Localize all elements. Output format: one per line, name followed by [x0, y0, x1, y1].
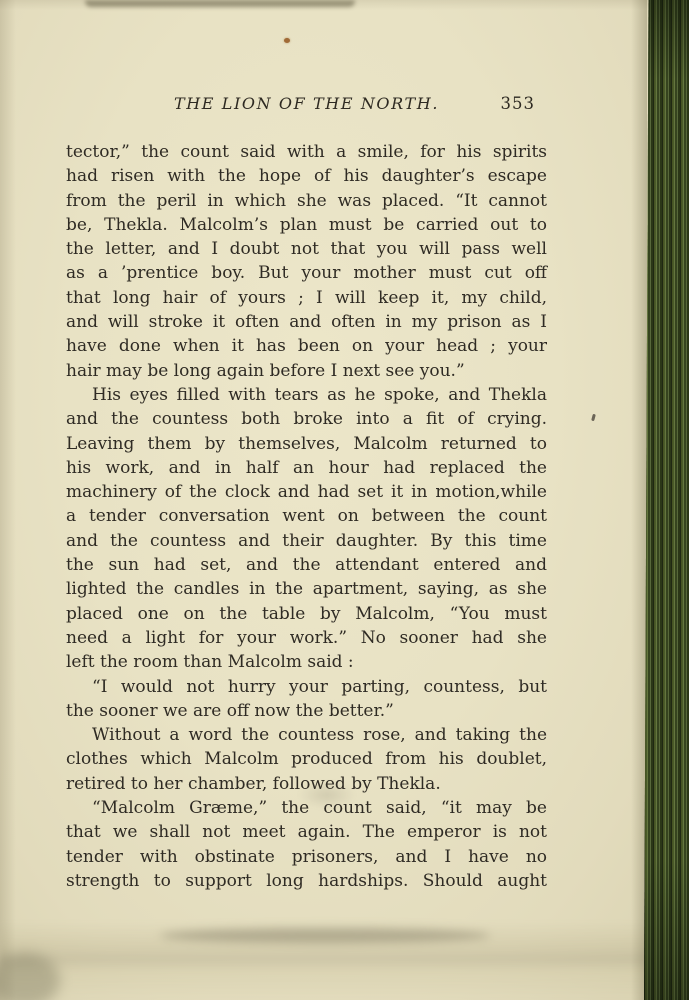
text-line: had risen with the hope of his daughter’… [66, 164, 547, 188]
book-fore-edge [644, 0, 689, 1000]
fore-edge-shadow [631, 0, 647, 1000]
text-line: clothes which Malcolm produced from his … [66, 747, 547, 771]
text-line: the sooner we are off now the better.” [66, 699, 547, 723]
paper-smudge [298, 781, 356, 809]
bottom-edge-streak [160, 928, 490, 943]
text-line: tender with obstinate prisoners, and I h… [66, 845, 547, 869]
running-header: THE LION OF THE NORTH. 353 [66, 94, 547, 118]
foxing-spot [284, 38, 290, 43]
text-line: have done when it has been on your head … [66, 334, 547, 358]
text-line: Without a word the countess rose, and ta… [66, 723, 547, 747]
header-title: THE LION OF THE NORTH. [66, 94, 547, 113]
text-line: need a light for your work.” No sooner h… [66, 626, 547, 650]
text-line: as a ’prentice boy. But your mother must… [66, 261, 547, 285]
text-line: from the peril in which she was placed. … [66, 189, 547, 213]
text-line: machinery of the clock and had set it in… [66, 480, 547, 504]
text-line: and will stroke it often and often in my… [66, 310, 547, 334]
text-line: his work, and in half an hour had replac… [66, 456, 547, 480]
text-line: and the countess and their daughter. By … [66, 529, 547, 553]
text-line: that long hair of yours ; I will keep it… [66, 286, 547, 310]
text-line: His eyes filled with tears as he spoke, … [66, 383, 547, 407]
text-line: left the room than Malcolm said : [66, 650, 547, 674]
paragraph: “I would not hurry your parting, countes… [66, 675, 547, 724]
text-line: and the countess both broke into a fit o… [66, 407, 547, 431]
text-line: the letter, and I doubt not that you wil… [66, 237, 547, 261]
paragraph: “Malcolm Græme,” the count said, “it may… [66, 796, 547, 893]
bottom-page-edges [0, 922, 662, 1000]
text-line: “I would not hurry your parting, countes… [66, 675, 547, 699]
bottom-corner-shadow [0, 953, 60, 1000]
text-line: a tender conversation went on between th… [66, 504, 547, 528]
paragraph: His eyes filled with tears as he spoke, … [66, 383, 547, 675]
text-line: hair may be long again before I next see… [66, 359, 547, 383]
text-line: placed one on the table by Malcolm, “You… [66, 602, 547, 626]
text-line: the sun had set, and the attendant enter… [66, 553, 547, 577]
text-line: tector,” the count said with a smile, fo… [66, 140, 547, 164]
text-line: strength to support long hardships. Shou… [66, 869, 547, 893]
top-edge-shadow [85, 0, 355, 7]
text-line: Leaving them by themselves, Malcolm retu… [66, 432, 547, 456]
text-line: lighted the candles in the apartment, sa… [66, 577, 547, 601]
paragraph: tector,” the count said with a smile, fo… [66, 140, 547, 383]
text-line: be, Thekla. Malcolm’s plan must be carri… [66, 213, 547, 237]
book-page-scan: THE LION OF THE NORTH. 353 tector,” the … [0, 0, 689, 1000]
page-number: 353 [501, 94, 536, 113]
text-line: that we shall not meet again. The empero… [66, 820, 547, 844]
